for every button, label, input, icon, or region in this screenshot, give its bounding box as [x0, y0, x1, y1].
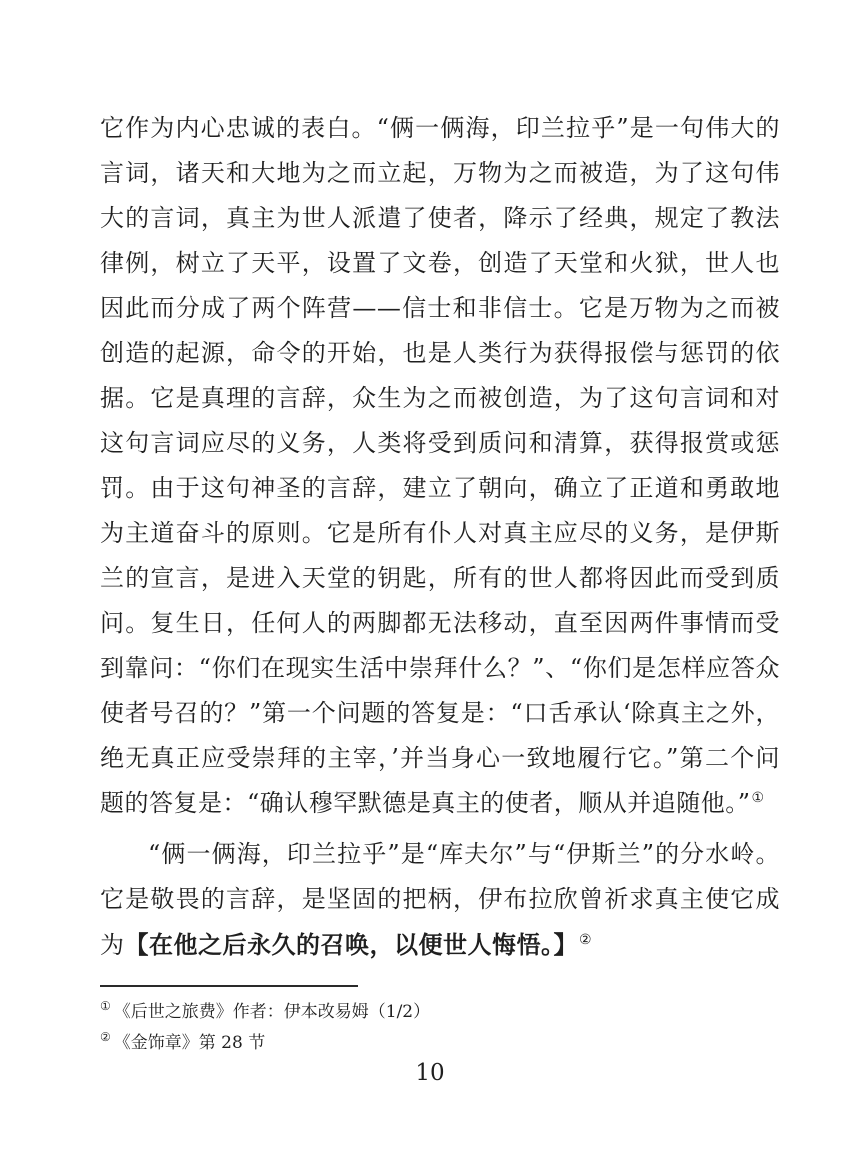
- footnote-ref-2: ②: [579, 932, 592, 948]
- footnotes-section: ①《后世之旅费》作者：伊本改易姆（1/2） ②《金饰章》第 28 节: [100, 985, 780, 1059]
- paragraph-1-text: 它作为内心忠诚的表白。“俩一俩海，印兰拉乎”是一句伟大的言词，诸天和大地为之而立…: [100, 114, 780, 817]
- footnote-ref-1: ①: [752, 790, 765, 806]
- paragraph-1: 它作为内心忠诚的表白。“俩一俩海，印兰拉乎”是一句伟大的言词，诸天和大地为之而立…: [100, 106, 780, 826]
- footnote-item-1: ①《后世之旅费》作者：伊本改易姆（1/2）: [100, 997, 780, 1028]
- footnote-separator: [100, 985, 358, 987]
- document-page: 它作为内心忠诚的表白。“俩一俩海，印兰拉乎”是一句伟大的言词，诸天和大地为之而立…: [0, 0, 860, 1163]
- page-number: 10: [0, 1058, 860, 1088]
- footnote-marker-1: ①: [100, 999, 111, 1013]
- bold-scripture-quote: 【在他之后永久的召唤，以便世人悔悟。】: [125, 930, 579, 959]
- footnote-item-2: ②《金饰章》第 28 节: [100, 1028, 780, 1059]
- paragraph-2: “俩一俩海，印兰拉乎”是“库夫尔”与“伊斯兰”的分水岭。它是敬畏的言辞，是坚固的…: [100, 832, 780, 968]
- body-text: 它作为内心忠诚的表白。“俩一俩海，印兰拉乎”是一句伟大的言词，诸天和大地为之而立…: [100, 106, 780, 968]
- footnote-text-2: 《金饰章》第 28 节: [114, 1033, 265, 1053]
- footnote-marker-2: ②: [100, 1030, 111, 1044]
- footnote-text-1: 《后世之旅费》作者：伊本改易姆（1/2）: [114, 1002, 430, 1022]
